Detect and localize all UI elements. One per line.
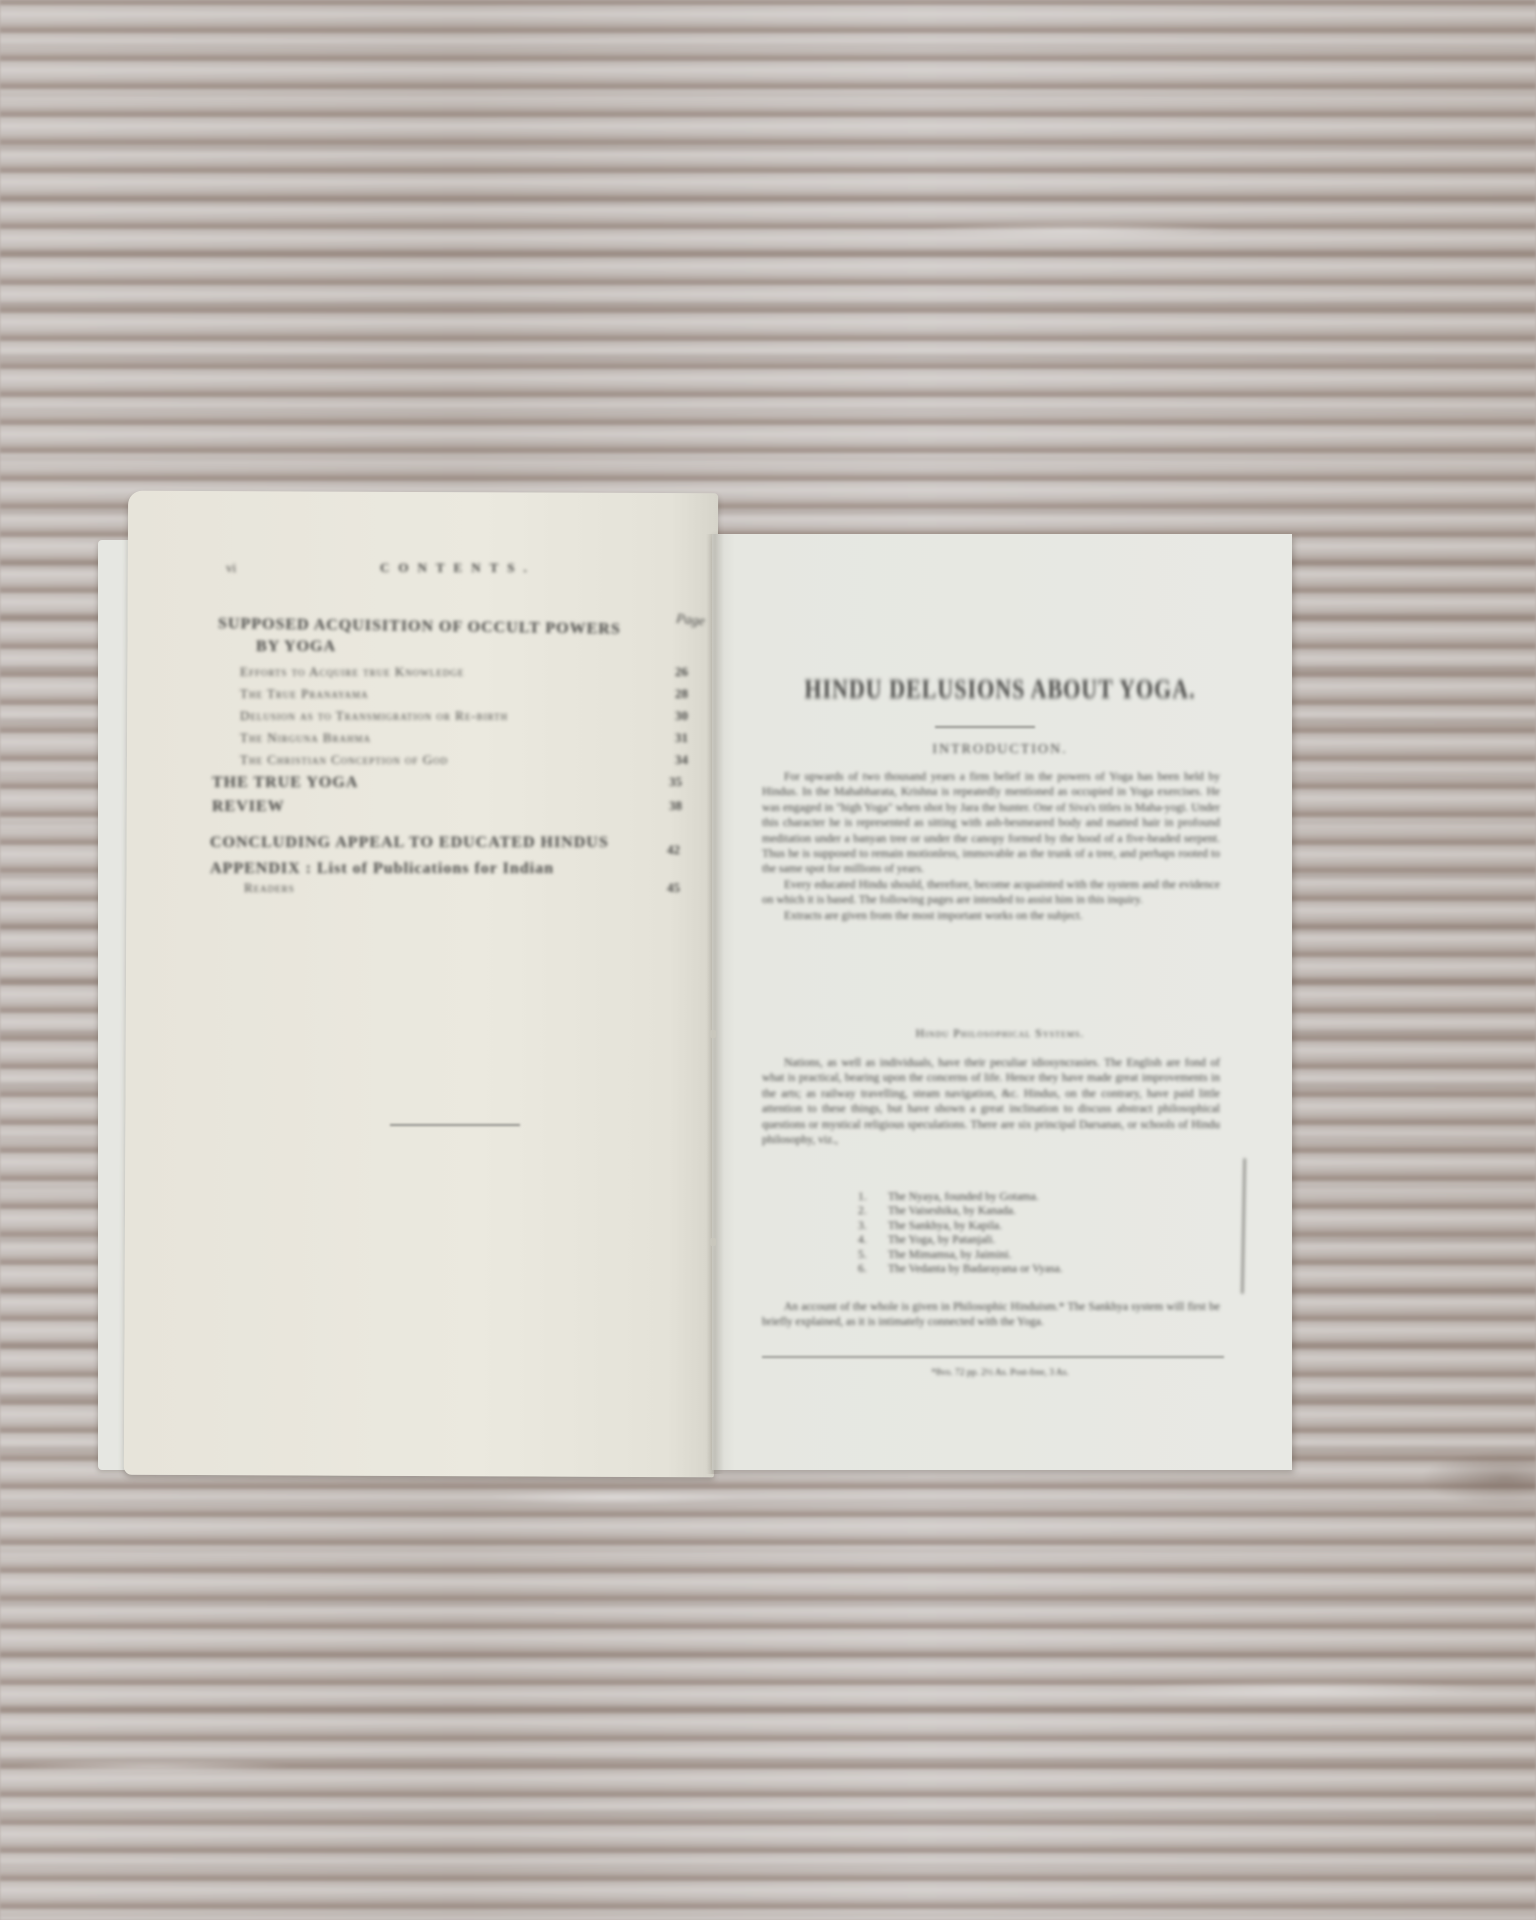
closing-paragraph: An account of the whole is given in Phil… (762, 1300, 1220, 1331)
toc-entry: SUPPOSED ACQUISITION OF OCCULT POWERS (218, 618, 688, 638)
book-gutter (706, 534, 724, 1474)
page-folio: vi (226, 560, 236, 576)
staple-hole (710, 1238, 716, 1246)
decorative-rule (935, 726, 1035, 728)
decorative-rule (390, 1124, 520, 1126)
section-heading: INTRODUCTION. (800, 742, 1200, 758)
toc-entry: The Christian Conception of God 34 (218, 752, 688, 774)
running-head: CONTENTS. (380, 560, 536, 576)
toc-entry: Delusion as to Transmigration or Re-birt… (218, 708, 688, 730)
philosophy-systems-list: 1.The Nyaya, founded by Gotama. 2.The Va… (858, 1190, 1063, 1276)
list-item: 1.The Nyaya, founded by Gotama. (858, 1190, 1063, 1204)
toc-entry: Efforts to Acquire true Knowledge 26 (218, 664, 688, 686)
toc-entry: The True Pranayama 28 (218, 686, 688, 708)
toc-entry-continuation: Readers 45 (210, 880, 680, 902)
toc-entry: REVIEW 38 (212, 798, 682, 834)
toc-entry-continuation: BY YOGA (218, 638, 688, 664)
subsection-heading: Hindu Philosophical Systems. (800, 1026, 1200, 1041)
toc-entry: APPENDIX : List of Publications for Indi… (210, 860, 680, 880)
footnote: *8vo. 72 pp. 2½ As. Post-free, 3 As. (800, 1368, 1200, 1378)
list-item: 2.The Vaiseshika, by Kanada. (858, 1204, 1063, 1218)
table-of-contents: SUPPOSED ACQUISITION OF OCCULT POWERS BY… (218, 618, 688, 902)
introduction-text: For upwards of two thousand years a firm… (762, 770, 1220, 924)
toc-entry: CONCLUDING APPEAL TO EDUCATED HINDUS 42 (210, 834, 680, 860)
staple-hole (710, 1030, 716, 1038)
list-item: 4.The Yoga, by Patanjali. (858, 1233, 1063, 1247)
list-item: 3.The Sankhya, by Kapila. (858, 1219, 1063, 1233)
footnote-rule (762, 1356, 1224, 1358)
list-item: 6.The Vedanta by Badarayana or Vyasa. (858, 1262, 1063, 1276)
list-item: 5.The Mimamsa, by Jaimini. (858, 1248, 1063, 1262)
toc-entry: The Nirguna Brahma 31 (218, 730, 688, 752)
systems-paragraph: Nations, as well as individuals, have th… (762, 1056, 1220, 1148)
paragraph: Extracts are given from the most importa… (762, 909, 1220, 924)
paragraph: For upwards of two thousand years a firm… (762, 770, 1220, 878)
toc-entry: THE TRUE YOGA 35 (212, 774, 682, 798)
chapter-title: HINDU DELUSIONS ABOUT YOGA. (800, 673, 1200, 706)
paragraph: Every educated Hindu should, therefore, … (762, 878, 1220, 909)
